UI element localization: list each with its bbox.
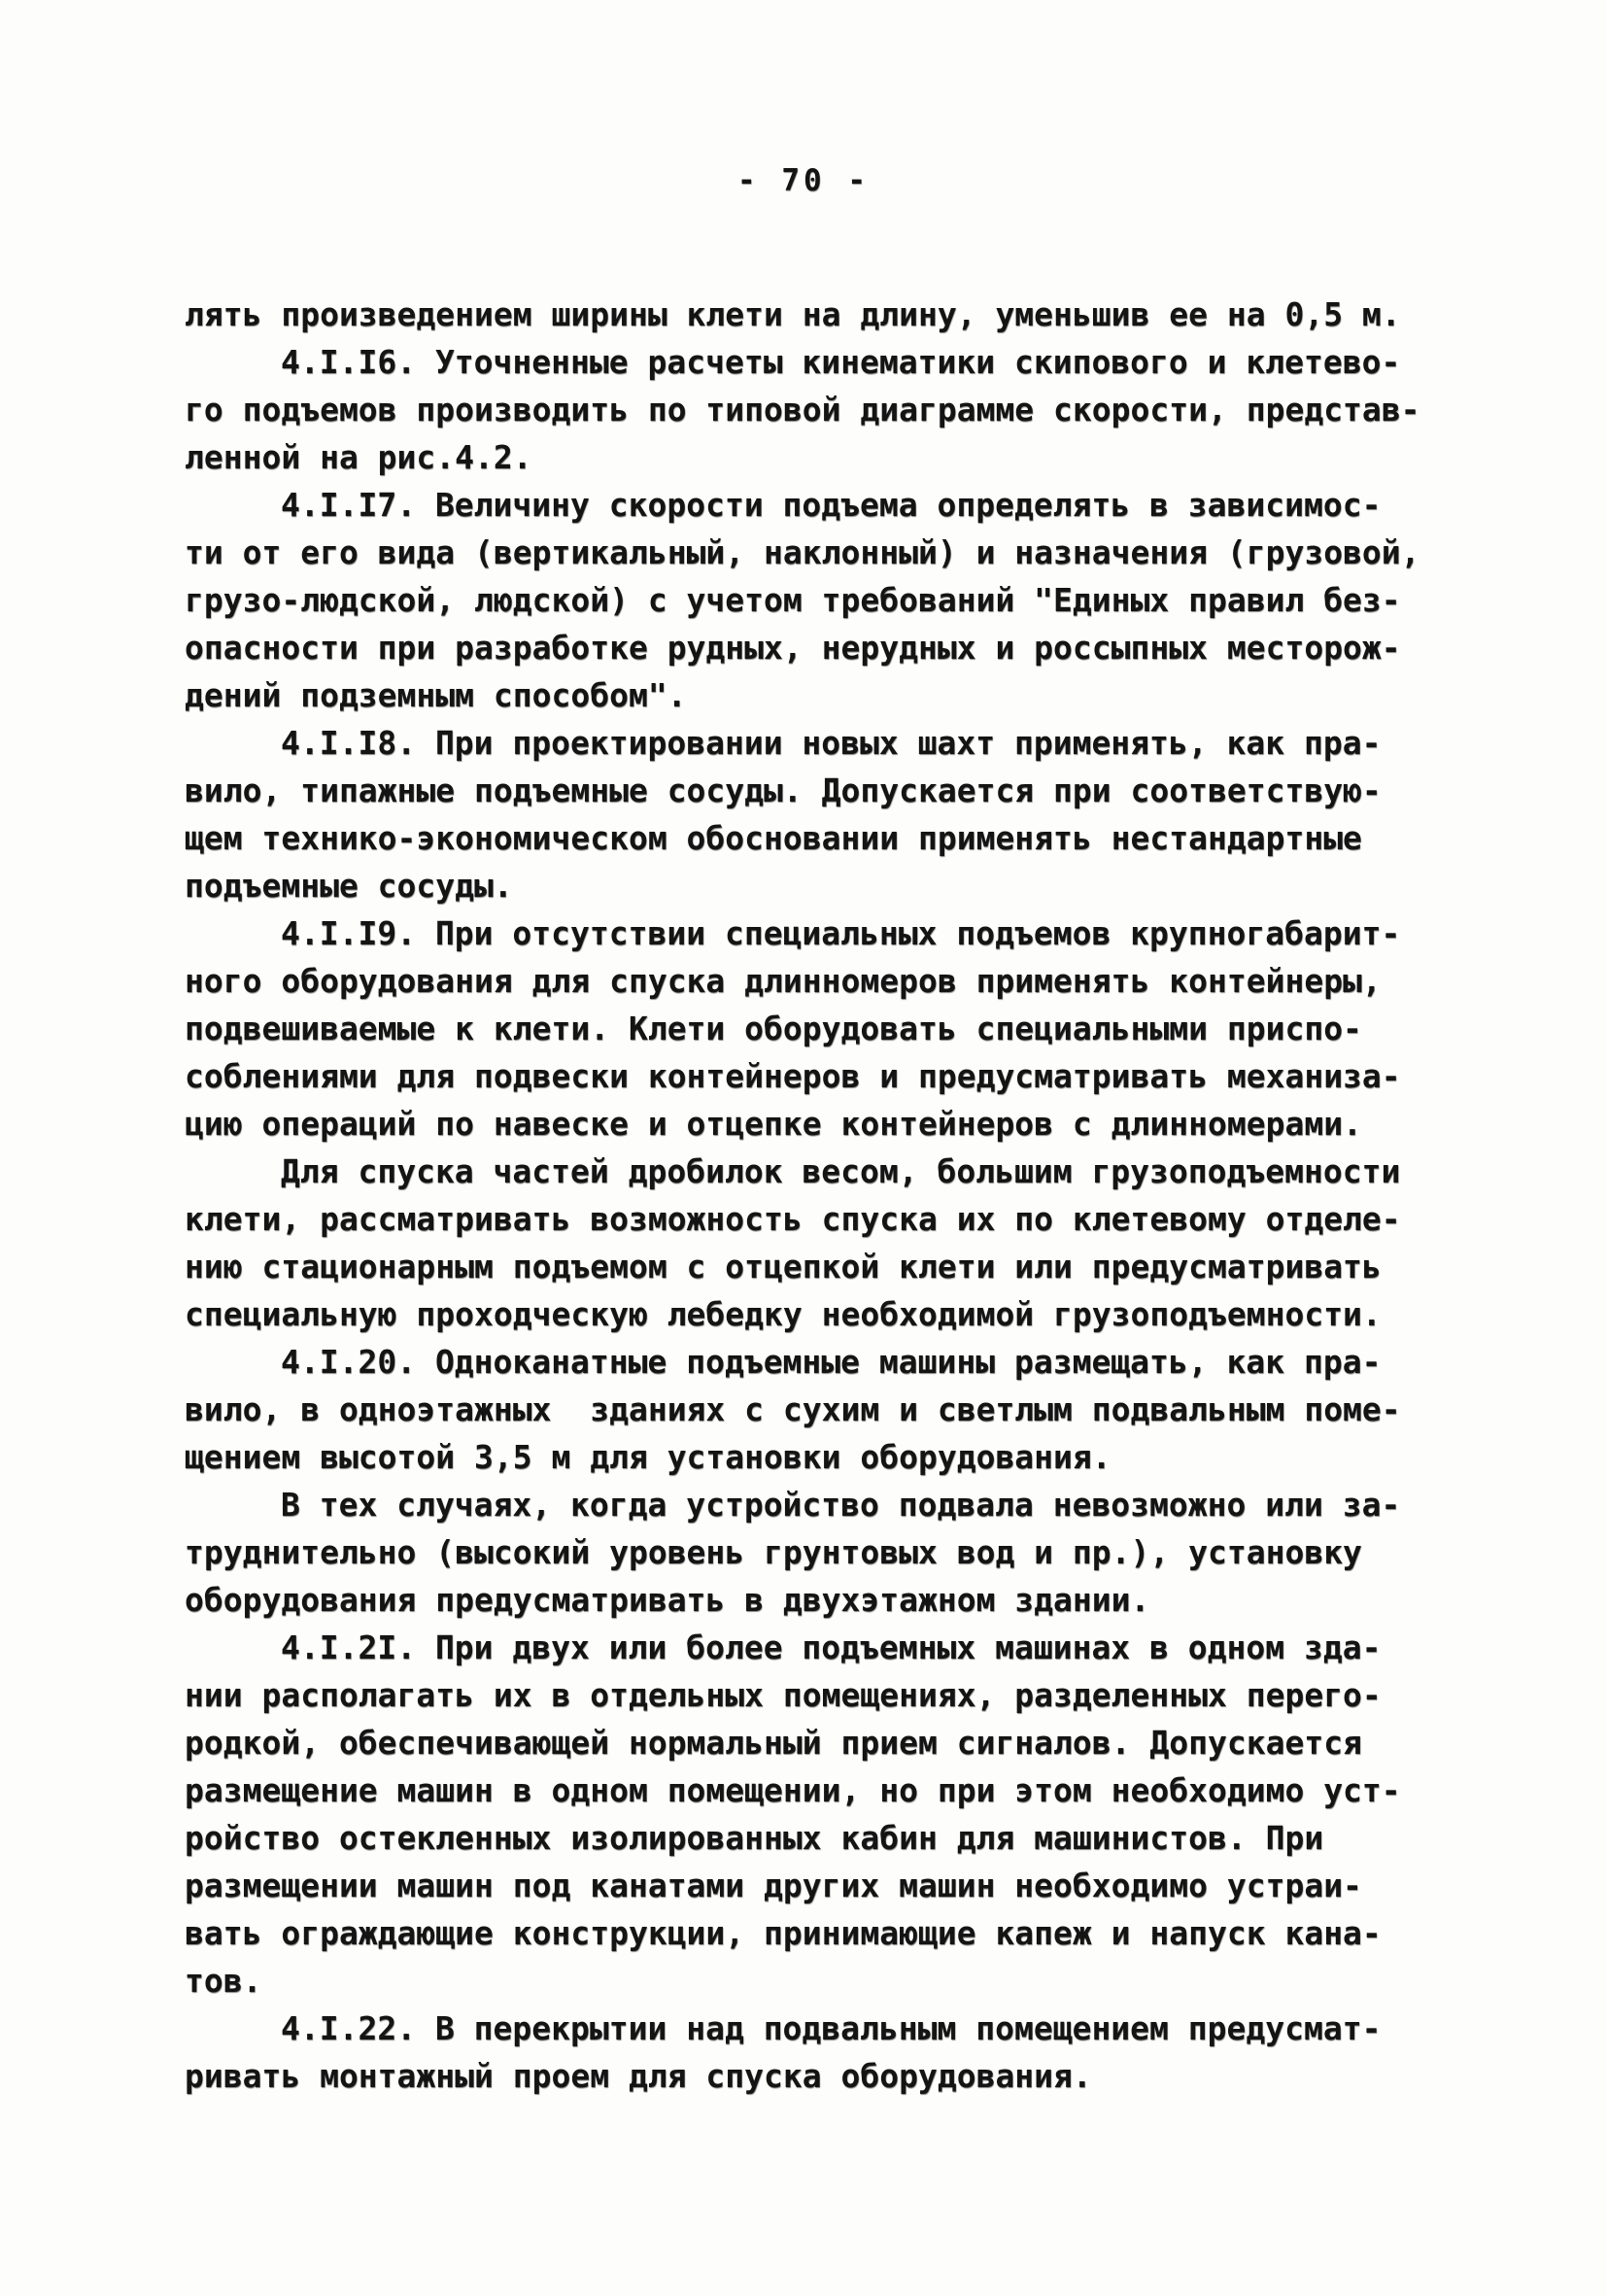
text-line: клети, рассматривать возможность спуска …	[185, 1195, 1448, 1243]
text-line: цию операций по навеске и отцепке контей…	[185, 1100, 1448, 1148]
text-line: щем технико-экономическом обосновании пр…	[185, 814, 1448, 862]
text-line: нии располагать их в отдельных помещения…	[185, 1671, 1448, 1719]
text-line: тов.	[185, 1957, 1448, 2005]
text-line: специальную проходческую лебедку необход…	[185, 1290, 1448, 1338]
text-line: опасности при разработке рудных, нерудны…	[185, 624, 1448, 671]
text-line: 4.I.I9. При отсутствии специальных подъе…	[185, 909, 1448, 957]
text-line: подвешиваемые к клети. Клети оборудовать…	[185, 1005, 1448, 1052]
text-line: ленной на рис.4.2.	[185, 433, 1448, 481]
text-line: вило, в одноэтажных зданиях с сухим и св…	[185, 1386, 1448, 1433]
text-line: труднительно (высокий уровень грунтовых …	[185, 1528, 1448, 1576]
text-line: лять произведением ширины клети на длину…	[185, 291, 1448, 338]
text-line: 4.I.I8. При проектировании новых шахт пр…	[185, 719, 1448, 767]
text-line: го подъемов производить по типовой диагр…	[185, 386, 1448, 433]
text-line: 4.I.2I. При двух или более подъемных маш…	[185, 1624, 1448, 1671]
text-line: вило, типажные подъемные сосуды. Допуска…	[185, 767, 1448, 814]
text-line: подъемные сосуды.	[185, 862, 1448, 909]
text-line: 4.I.20. Одноканатные подъемные машины ра…	[185, 1338, 1448, 1386]
text-line: В тех случаях, когда устройство подвала …	[185, 1481, 1448, 1528]
text-line: оборудования предусматривать в двухэтажн…	[185, 1576, 1448, 1624]
text-line: нию стационарным подъемом с отцепкой кле…	[185, 1243, 1448, 1290]
text-line: щением высотой 3,5 м для установки обору…	[185, 1433, 1448, 1481]
text-line: 4.I.22. В перекрытии над подвальным поме…	[185, 2005, 1448, 2052]
text-line: дений подземным способом".	[185, 671, 1448, 719]
text-line: вать ограждающие конструкции, принимающи…	[185, 1909, 1448, 1957]
text-line: Для спуска частей дробилок весом, больши…	[185, 1148, 1448, 1195]
text-line: размещение машин в одном помещении, но п…	[185, 1766, 1448, 1814]
text-line: родкой, обеспечивающей нормальный прием …	[185, 1719, 1448, 1766]
text-line: ного оборудования для спуска длинномеров…	[185, 957, 1448, 1005]
text-block: лять произведением ширины клети на длину…	[185, 291, 1448, 2100]
page-number: - 70 -	[0, 163, 1607, 198]
text-line: ривать монтажный проем для спуска оборуд…	[185, 2052, 1448, 2100]
text-line: 4.I.I7. Величину скорости подъема опреде…	[185, 481, 1448, 529]
text-line: размещении машин под канатами других маш…	[185, 1862, 1448, 1909]
text-line: 4.I.I6. Уточненные расчеты кинематики ск…	[185, 338, 1448, 386]
document-page: - 70 - лять произведением ширины клети н…	[0, 0, 1607, 2296]
text-line: ти от его вида (вертикальный, наклонный)…	[185, 529, 1448, 576]
text-line: грузо-людской, людской) с учетом требова…	[185, 576, 1448, 624]
text-line: соблениями для подвески контейнеров и пр…	[185, 1052, 1448, 1100]
text-line: ройство остекленных изолированных кабин …	[185, 1814, 1448, 1862]
